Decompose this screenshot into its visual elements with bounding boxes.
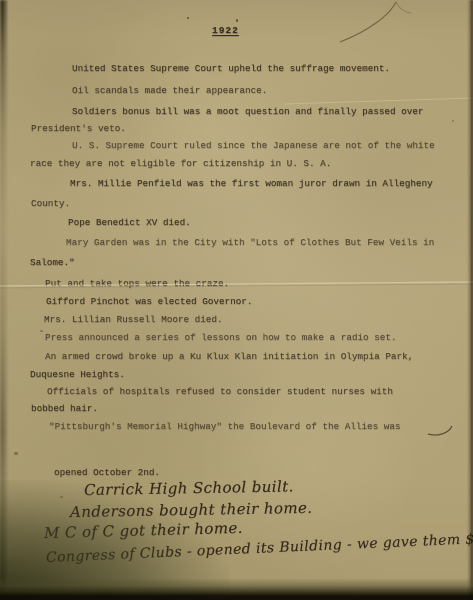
typed-line: bobbed hair. bbox=[31, 403, 98, 414]
typed-line: President's veto. bbox=[31, 123, 126, 134]
page-title: 1922 bbox=[212, 25, 239, 36]
typed-line: Soldiers bonus bill was a moot question … bbox=[72, 106, 423, 117]
typed-line: Mrs. Lillian Russell Moore died. bbox=[44, 314, 223, 325]
typed-line: Duquesne Heights. bbox=[30, 369, 125, 380]
typed-line: Salome." bbox=[30, 257, 75, 268]
speck bbox=[236, 19, 238, 22]
speck bbox=[14, 452, 18, 455]
fold-line-upper-right bbox=[285, 98, 473, 104]
speck bbox=[60, 496, 63, 498]
typed-line: Put and take tops were the craze. bbox=[45, 278, 229, 289]
typed-line: Press announced a series of lessons on h… bbox=[45, 332, 396, 343]
typed-line: County. bbox=[31, 198, 70, 209]
speck bbox=[187, 17, 189, 19]
fold-crease-branch bbox=[396, 2, 411, 13]
speck bbox=[452, 120, 454, 122]
fold-crease-top-right bbox=[340, 2, 396, 42]
typed-line: Pope Benedict XV died. bbox=[68, 217, 191, 228]
handwritten-line: M C of C got their home. bbox=[44, 519, 243, 542]
typed-line: Oil scandals made their appearance. bbox=[72, 85, 267, 96]
typed-line: Mrs. Millie Penfield was the first woman… bbox=[70, 178, 433, 189]
typed-line: race they are not eligible for citizensh… bbox=[30, 158, 331, 169]
scanned-document-page: 1922 United States Supreme Court upheld … bbox=[0, 0, 473, 600]
typed-line: U. S. Supreme Court ruled since the Japa… bbox=[72, 140, 435, 151]
typed-line: Mary Garden was in the City with "Lots o… bbox=[66, 237, 434, 248]
typed-line: "Pittsburgh's Memorial Highway" the Boul… bbox=[49, 421, 400, 432]
page-right-edge-shadow bbox=[467, 0, 473, 600]
typed-line: Officials of hospitals refused to consid… bbox=[47, 386, 393, 397]
typed-line: opened October 2nd. bbox=[54, 467, 160, 478]
handwritten-line: Carrick High School built. bbox=[84, 477, 294, 499]
bottom-edge-shadow bbox=[0, 578, 473, 600]
typed-line: Gifford Pinchot was elected Governor. bbox=[46, 296, 252, 307]
pen-mark-right bbox=[428, 426, 452, 435]
speck bbox=[40, 330, 43, 332]
handwritten-line: Andersons bought their home. bbox=[70, 499, 313, 521]
typed-line: An armed crowd broke up a Ku Klux Klan i… bbox=[45, 351, 413, 362]
typed-line: United States Supreme Court upheld the s… bbox=[72, 63, 390, 74]
page-left-edge-shadow bbox=[0, 0, 9, 600]
